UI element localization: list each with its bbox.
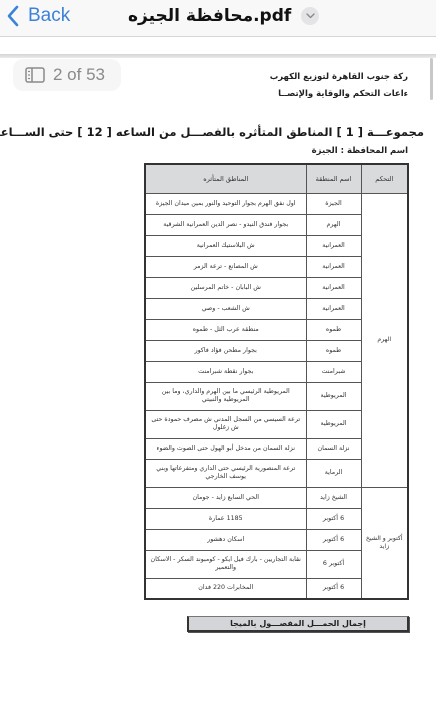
region-cell: الجيزة xyxy=(306,193,361,214)
affected-cell: ش البابان - خاتم المرسلين xyxy=(145,277,306,298)
navigation-bar: Back محافظة الجيزه.pdf xyxy=(0,0,436,37)
group-title: مجموعـــة [ 1 ] المناطق المتأثره بالفصــ… xyxy=(4,125,424,139)
affected-cell: بجوار مطحن فؤاد فاكور xyxy=(145,340,306,361)
region-cell: العمرانية xyxy=(306,277,361,298)
department-line: ءاعات التحكم والوقاية والإتصــا xyxy=(278,89,408,99)
affected-cell: ترعة المنصورية الرئيسي حتى الداري ومتفرع… xyxy=(145,459,306,487)
affected-cell: بجوار نقطة شبرامنت xyxy=(145,361,306,382)
affected-cell: بجوار فندق النيدو - نصر الدين العمرانية … xyxy=(145,214,306,235)
document-title: محافظة الجيزه.pdf xyxy=(128,6,291,26)
affected-cell: منطقة عرب الثل - طموه xyxy=(145,319,306,340)
total-load-row: إجمال الحمـــل المفصـــول بالميجا xyxy=(187,616,409,632)
region-cell: الشيخ زايد xyxy=(306,487,361,508)
control-cell: أكتوبر و الشيخ زايد xyxy=(361,487,408,599)
affected-cell: ش المصانع - ترعة الزمر xyxy=(145,256,306,277)
region-cell: طموه xyxy=(306,340,361,361)
region-cell: 6 أكتوبر xyxy=(306,508,361,529)
document-title-menu[interactable]: محافظة الجيزه.pdf xyxy=(128,3,319,29)
header-control: التحكم xyxy=(361,164,408,193)
region-cell: 6 أكتوبر xyxy=(306,529,361,550)
affected-areas-table: التحكم اسم المنطقة المناطق المتأثره الهر… xyxy=(144,163,409,600)
region-cell: المريوطية xyxy=(306,382,361,410)
back-label: Back xyxy=(28,5,70,27)
company-name-line: ركة جنوب القاهرة لتوزيع الكهرب xyxy=(270,72,408,82)
total-load-label: إجمال الحمـــل المفصـــول بالميجا xyxy=(230,619,366,628)
table-row: الهرم الجيزة اول نفق الهرم بجوار التوحيد… xyxy=(145,193,408,214)
page-indicator[interactable]: 2 of 53 xyxy=(13,59,121,91)
region-cell: العمرانية xyxy=(306,235,361,256)
affected-cell: ترعة السيسي من السجل المدني ش مصرف حمودة… xyxy=(145,410,306,438)
affected-cell: الحي السابع زايد - جومان xyxy=(145,487,306,508)
region-cell: نزلة السمان xyxy=(306,438,361,459)
region-cell: العمرانية xyxy=(306,256,361,277)
title-options-button[interactable] xyxy=(301,7,319,25)
affected-cell: نزلة السمان من مدخل أبو الهول حتى الصوت … xyxy=(145,438,306,459)
region-cell: شبرامنت xyxy=(306,361,361,382)
table-row: أكتوبر و الشيخ زايد الشيخ زايد الحي السا… xyxy=(145,487,408,508)
viewer-top-margin xyxy=(0,37,436,54)
pdf-page: ركة جنوب القاهرة لتوزيع الكهرب ءاعات الت… xyxy=(0,58,436,708)
vertical-scrollbar[interactable] xyxy=(430,58,433,100)
affected-cell: المخابرات 220 فدان xyxy=(145,578,306,599)
affected-cell: نقابة التجاريين - بارك فيل ايكو - كومبون… xyxy=(145,550,306,578)
affected-cell: 1185 عمارة xyxy=(145,508,306,529)
region-cell: الرماية xyxy=(306,459,361,487)
header-region: اسم المنطقة xyxy=(306,164,361,193)
control-cell: الهرم xyxy=(361,193,408,487)
back-button[interactable]: Back xyxy=(6,3,70,29)
affected-cell: ش الشعب - وصي xyxy=(145,298,306,319)
region-cell: أكتوبر 6 xyxy=(306,550,361,578)
region-cell: المريوطية xyxy=(306,410,361,438)
affected-cell: ش البلاستيك العمرانية xyxy=(145,235,306,256)
chevron-left-icon xyxy=(6,5,20,27)
region-cell: العمرانية xyxy=(306,298,361,319)
region-cell: طموه xyxy=(306,319,361,340)
pdf-viewer[interactable]: ركة جنوب القاهرة لتوزيع الكهرب ءاعات الت… xyxy=(0,37,436,708)
affected-cell: اسكان دهشور xyxy=(145,529,306,550)
header-affected: المناطق المتأثره xyxy=(145,164,306,193)
chevron-down-icon xyxy=(306,13,315,19)
affected-cell: المريوطية الرئيسي ما بين الهرم والداري، … xyxy=(145,382,306,410)
region-cell: الهرم xyxy=(306,214,361,235)
page-indicator-text: 2 of 53 xyxy=(53,65,105,85)
affected-cell: اول نفق الهرم بجوار التوحيد والنور بمين … xyxy=(145,193,306,214)
sidebar-thumbnails-icon xyxy=(25,67,45,83)
governorate-line: اسم المحافظة : الجيزة xyxy=(312,146,408,156)
region-cell: 6 أكتوبر xyxy=(306,578,361,599)
